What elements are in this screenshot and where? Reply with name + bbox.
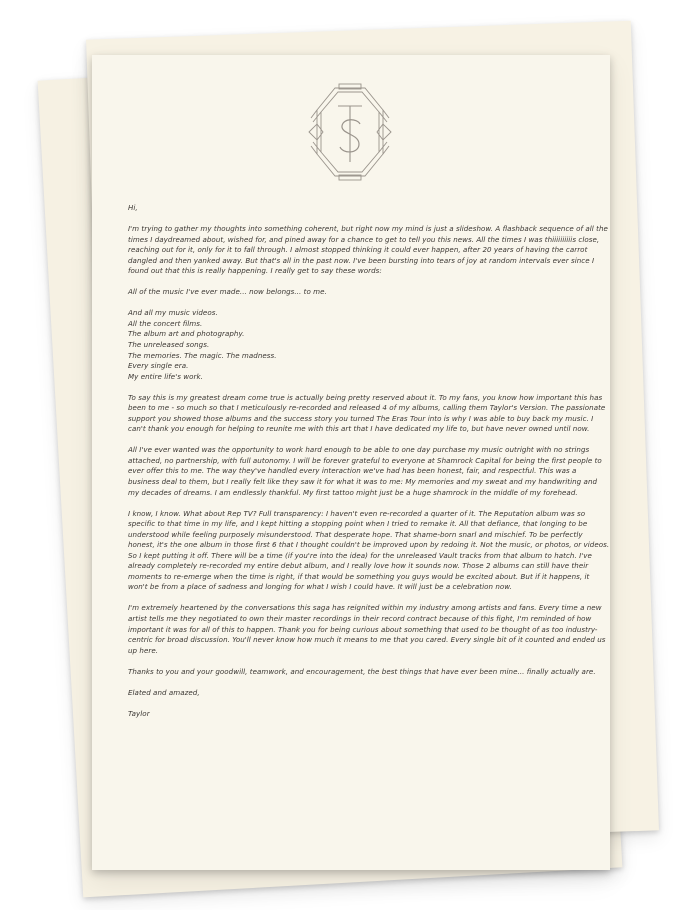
- list-line: My entire life's work.: [128, 372, 610, 383]
- list-line: The album art and photography.: [128, 329, 610, 340]
- list-line: And all my music videos.: [128, 308, 610, 319]
- list-line: The memories. The magic. The madness.: [128, 351, 610, 362]
- list-line: Every single era.: [128, 361, 610, 372]
- letter-paragraph-2: All of the music I've ever made... now b…: [128, 287, 610, 298]
- letter-closing: Elated and amazed,: [128, 688, 610, 699]
- letter-paragraph-7: Thanks to you and your goodwill, teamwor…: [128, 667, 610, 678]
- letter-signature: Taylor: [128, 709, 610, 720]
- letter-paragraph-5: I know, I know. What about Rep TV? Full …: [128, 509, 610, 593]
- letter-paragraph-6: I'm extremely heartened by the conversat…: [128, 603, 610, 656]
- letter-body: Hi, I'm trying to gather my thoughts int…: [128, 203, 610, 730]
- list-line: All the concert films.: [128, 319, 610, 330]
- letter-paragraph-4: All I've ever wanted was the opportunity…: [128, 445, 610, 498]
- letter-greeting: Hi,: [128, 203, 610, 214]
- letter-paragraph-3: To say this is my greatest dream come tr…: [128, 393, 610, 435]
- list-line: The unreleased songs.: [128, 340, 610, 351]
- letter-list: And all my music videos. All the concert…: [128, 308, 610, 382]
- letter-paragraph-1: I'm trying to gather my thoughts into so…: [128, 224, 610, 277]
- monogram-crest-icon: [305, 82, 395, 182]
